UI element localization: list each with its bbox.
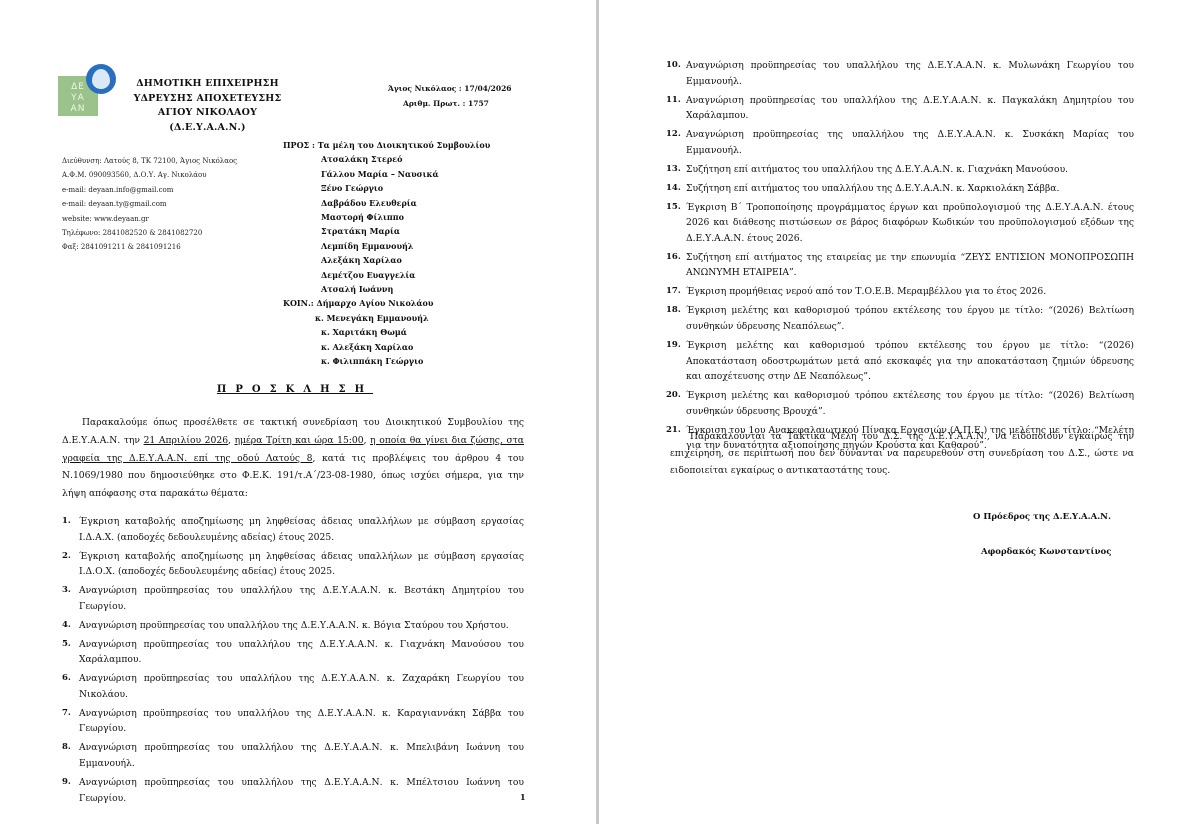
agenda-item-text: Αναγνώριση προϋπηρεσίας του υπαλλήλου τη… [686,60,1134,87]
agenda-item: 16.Συζήτηση επί αιτήματος της εταιρείας … [666,250,1134,281]
contact-address: Διεύθυνση: Λατούς 8, ΤΚ 72100, Άγιος Νικ… [62,154,237,168]
agenda-item-text: Έγκριση μελέτης και καθορισμού τρόπου εκ… [686,340,1134,382]
recipients-block: ΠΡΟΣ : Τα μέλη του Διοικητικού Συμβουλίο… [283,138,490,369]
board-member: Δεμέτζου Ευαγγελία [283,268,490,282]
agenda-item: 17.Έγκριση προμήθειας νερού από τον Τ.Ο.… [666,284,1134,300]
protocol-number: Αριθμ. Πρωτ. : 1757 [388,96,512,111]
agenda-item-text: Αναγνώριση προϋπηρεσίας του υπαλλήλου τη… [79,777,524,804]
agenda-item-number: 11. [666,93,681,109]
agenda-item: 13.Συζήτηση επί αιτήματος του υπαλλήλου … [666,162,1134,178]
logo-text-line: ΑΝ [58,104,98,114]
agenda-item-number: 6. [62,671,71,687]
contact-tax-id: Α.Φ.Μ. 090093560, Δ.Ο.Υ. Αγ. Νικολάου [62,168,237,182]
agenda-item: 10.Αναγνώριση προϋπηρεσίας του υπαλλήλου… [666,58,1134,89]
agenda-item-number: 1. [62,514,71,530]
board-member: Μαστορή Φίλιππο [283,210,490,224]
agenda-item: 4.Αναγνώριση προϋπηρεσίας του υπαλλήλου … [62,618,524,634]
board-member: Ξένο Γεώργιο [283,181,490,195]
agenda-item-text: Αναγνώριση προϋπηρεσίας του υπαλλήλου τη… [79,673,524,700]
closing-text: Παρακαλούνται τα Τακτικά Μέλη του Δ.Σ. τ… [670,431,1134,476]
agenda-item-text: Αναγνώριση προϋπηρεσίας του υπαλλήλου τη… [79,639,524,666]
agenda-item: 20.Έγκριση μελέτης και καθορισμού τρόπου… [666,388,1134,419]
agenda-item-number: 9. [62,775,71,791]
board-member: Ατσαλή Ιωάννη [283,282,490,296]
document-page-1: ΔΕ ΥΑ ΑΝ ΔΗΜΟΤΙΚΗ ΕΠΙΧΕΙΡΗΣΗ ΥΔΡΕΥΣΗΣ ΑΠ… [0,0,596,824]
agenda-item-text: Συζήτηση επί αιτήματος του υπαλλήλου της… [686,164,1068,175]
agenda-item-number: 3. [62,583,71,599]
board-member: Λεμπίδη Εμμανουήλ [283,239,490,253]
org-line: ΥΔΡΕΥΣΗΣ ΑΠΟΧΕΤΕΥΣΗΣ [120,92,295,107]
agenda-item-number: 8. [62,740,71,756]
agenda-item-number: 13. [666,162,681,178]
agenda-item: 9.Αναγνώριση προϋπηρεσίας του υπαλλήλου … [62,775,524,806]
contact-email-ty: e-mail: deyaan.ty@gmail.com [62,197,237,211]
agenda-item: 8.Αναγνώριση προϋπηρεσίας του υπαλλήλου … [62,740,524,771]
agenda-item-number: 20. [666,388,681,404]
agenda-item: 7.Αναγνώριση προϋπηρεσίας του υπαλλήλου … [62,706,524,737]
contact-phone: Τηλέφωνο: 2841082520 & 2841082720 [62,226,237,240]
contact-info: Διεύθυνση: Λατούς 8, ΤΚ 72100, Άγιος Νικ… [62,154,237,255]
agenda-item-text: Αναγνώριση προϋπηρεσίας του υπαλλήλου τη… [79,585,524,612]
cc-recipient: κ. Μενεγάκη Εμμανουήλ [283,311,490,325]
place-date: Άγιος Νικόλαος : 17/04/2026 [388,81,512,96]
org-line: ΔΗΜΟΤΙΚΗ ΕΠΙΧΕΙΡΗΣΗ [120,77,295,92]
agenda-item-number: 17. [666,284,681,300]
organization-name: ΔΗΜΟΤΙΚΗ ΕΠΙΧΕΙΡΗΣΗ ΥΔΡΕΥΣΗΣ ΑΠΟΧΕΤΕΥΣΗΣ… [120,77,295,135]
agenda-item-number: 2. [62,549,71,565]
date-protocol-block: Άγιος Νικόλαος : 17/04/2026 Αριθμ. Πρωτ.… [388,81,512,111]
board-member: Στρατάκη Μαρία [283,224,490,238]
agenda-item-text: Αναγνώριση προϋπηρεσίας του υπαλλήλου τη… [79,708,524,735]
contact-email-info: e-mail: deyaan.info@gmail.com [62,183,237,197]
agenda-item-text: Έγκριση μελέτης και καθορισμού τρόπου εκ… [686,305,1134,332]
agenda-item-number: 5. [62,637,71,653]
agenda-item-number: 4. [62,618,71,634]
agenda-item-text: Αναγνώριση προϋπηρεσίας της υπαλλήλου τη… [686,129,1134,156]
cc-recipient: κ. Χαριτάκη Θωμά [283,325,490,339]
agenda-item: 5.Αναγνώριση προϋπηρεσίας του υπαλλήλου … [62,637,524,668]
agenda-item-number: 15. [666,200,681,216]
agenda-item-number: 18. [666,303,681,319]
contact-website: website: www.deyaan.gr [62,212,237,226]
agenda-item-number: 12. [666,127,681,143]
agenda-item: 1.Έγκριση καταβολής αποζημίωσης μη ληφθε… [62,514,524,545]
agenda-item: 3.Αναγνώριση προϋπηρεσίας του υπαλλήλου … [62,583,524,614]
page-number: 1 [520,792,526,802]
board-member: Γάλλου Μαρία – Ναυσικά [283,167,490,181]
agenda-item: 12.Αναγνώριση προϋπηρεσίας της υπαλλήλου… [666,127,1134,158]
agenda-list-page-2: 10.Αναγνώριση προϋπηρεσίας του υπαλλήλου… [666,58,1134,457]
contact-fax: Φαξ: 2841091211 & 2841091216 [62,240,237,254]
board-member: Ατσαλάκη Στερεό [283,152,490,166]
cc-recipient: κ. Αλεξάκη Χαρίλαο [283,340,490,354]
agenda-item: 6.Αναγνώριση προϋπηρεσίας του υπαλλήλου … [62,671,524,702]
agenda-item-text: Αναγνώριση προϋπηρεσίας του υπαλλήλου τη… [686,95,1134,122]
agenda-item-text: Έγκριση προμήθειας νερού από τον Τ.Ο.Ε.Β… [686,286,1046,297]
agenda-item: 2.Έγκριση καταβολής αποζημίωσης μη ληφθε… [62,549,524,580]
agenda-item-text: Συζήτηση επί αιτήματος της εταιρείας με … [686,252,1134,279]
recipients-cc-label: ΚΟΙΝ.: Δήμαρχο Αγίου Νικολάου [283,296,490,310]
agenda-item-text: Έγκριση καταβολής αποζημίωσης μη ληφθείσ… [79,516,524,543]
agenda-item-text: Αναγνώριση προϋπηρεσίας του υπαλλήλου τη… [79,742,524,769]
cc-recipient: κ. Φιλιππάκη Γεώργιο [283,354,490,368]
org-line: ΑΓΙΟΥ ΝΙΚΟΛΑΟΥ [120,106,295,121]
agenda-item-number: 10. [666,58,681,74]
deyaan-logo: ΔΕ ΥΑ ΑΝ [58,64,122,116]
agenda-item-text: Συζήτηση επί αιτήματος του υπαλλήλου της… [686,183,1059,194]
invitation-paragraph: Παρακαλούμε όπως προσέλθετε σε τακτική σ… [62,414,524,503]
document-title: ΠΡΟΣΚΛΗΣΗ [60,384,530,395]
org-line: (Δ.Ε.Υ.Α.Α.Ν.) [120,121,295,136]
agenda-item-text: Αναγνώριση προϋπηρεσίας του υπαλλήλου τη… [79,620,509,631]
agenda-item-number: 14. [666,181,681,197]
agenda-item: 18.Έγκριση μελέτης και καθορισμού τρόπου… [666,303,1134,334]
closing-paragraph: Παρακαλούνται τα Τακτικά Μέλη του Δ.Σ. τ… [670,428,1134,480]
agenda-item-number: 16. [666,250,681,266]
logo-text-line: ΥΑ [58,93,98,103]
agenda-item-text: Έγκριση Β΄ Τροποποίησης προγράμματος έργ… [686,202,1134,244]
agenda-item: 14.Συζήτηση επί αιτήματος του υπαλλήλου … [666,181,1134,197]
agenda-list-page-1: 1.Έγκριση καταβολής αποζημίωσης μη ληφθε… [62,514,524,810]
water-drop-inner-icon [92,69,110,89]
signature-name: Αφορδακός Κωνσταντίνος [981,547,1111,557]
recipients-to-label: ΠΡΟΣ : Τα μέλη του Διοικητικού Συμβουλίο… [283,138,490,152]
agenda-item-number: 7. [62,706,71,722]
meeting-time: ημέρα Τρίτη και ώρα 15:00 [235,435,364,446]
meeting-date: 21 Απριλίου 2026 [144,435,228,446]
agenda-item-text: Έγκριση καταβολής αποζημίωσης μη ληφθείσ… [79,551,524,578]
agenda-item: 11.Αναγνώριση προϋπηρεσίας του υπαλλήλου… [666,93,1134,124]
agenda-item: 15.Έγκριση Β΄ Τροποποίησης προγράμματος … [666,200,1134,247]
agenda-item-number: 19. [666,338,681,354]
agenda-item-text: Έγκριση μελέτης και καθορισμού τρόπου εκ… [686,390,1134,417]
board-member: Δαβράδου Ελευθερία [283,196,490,210]
signature-title: Ο Πρόεδρος της Δ.Ε.Υ.Α.Α.Ν. [973,512,1111,522]
board-member: Αλεξάκη Χαρίλαο [283,253,490,267]
agenda-item: 19.Έγκριση μελέτης και καθορισμού τρόπου… [666,338,1134,385]
